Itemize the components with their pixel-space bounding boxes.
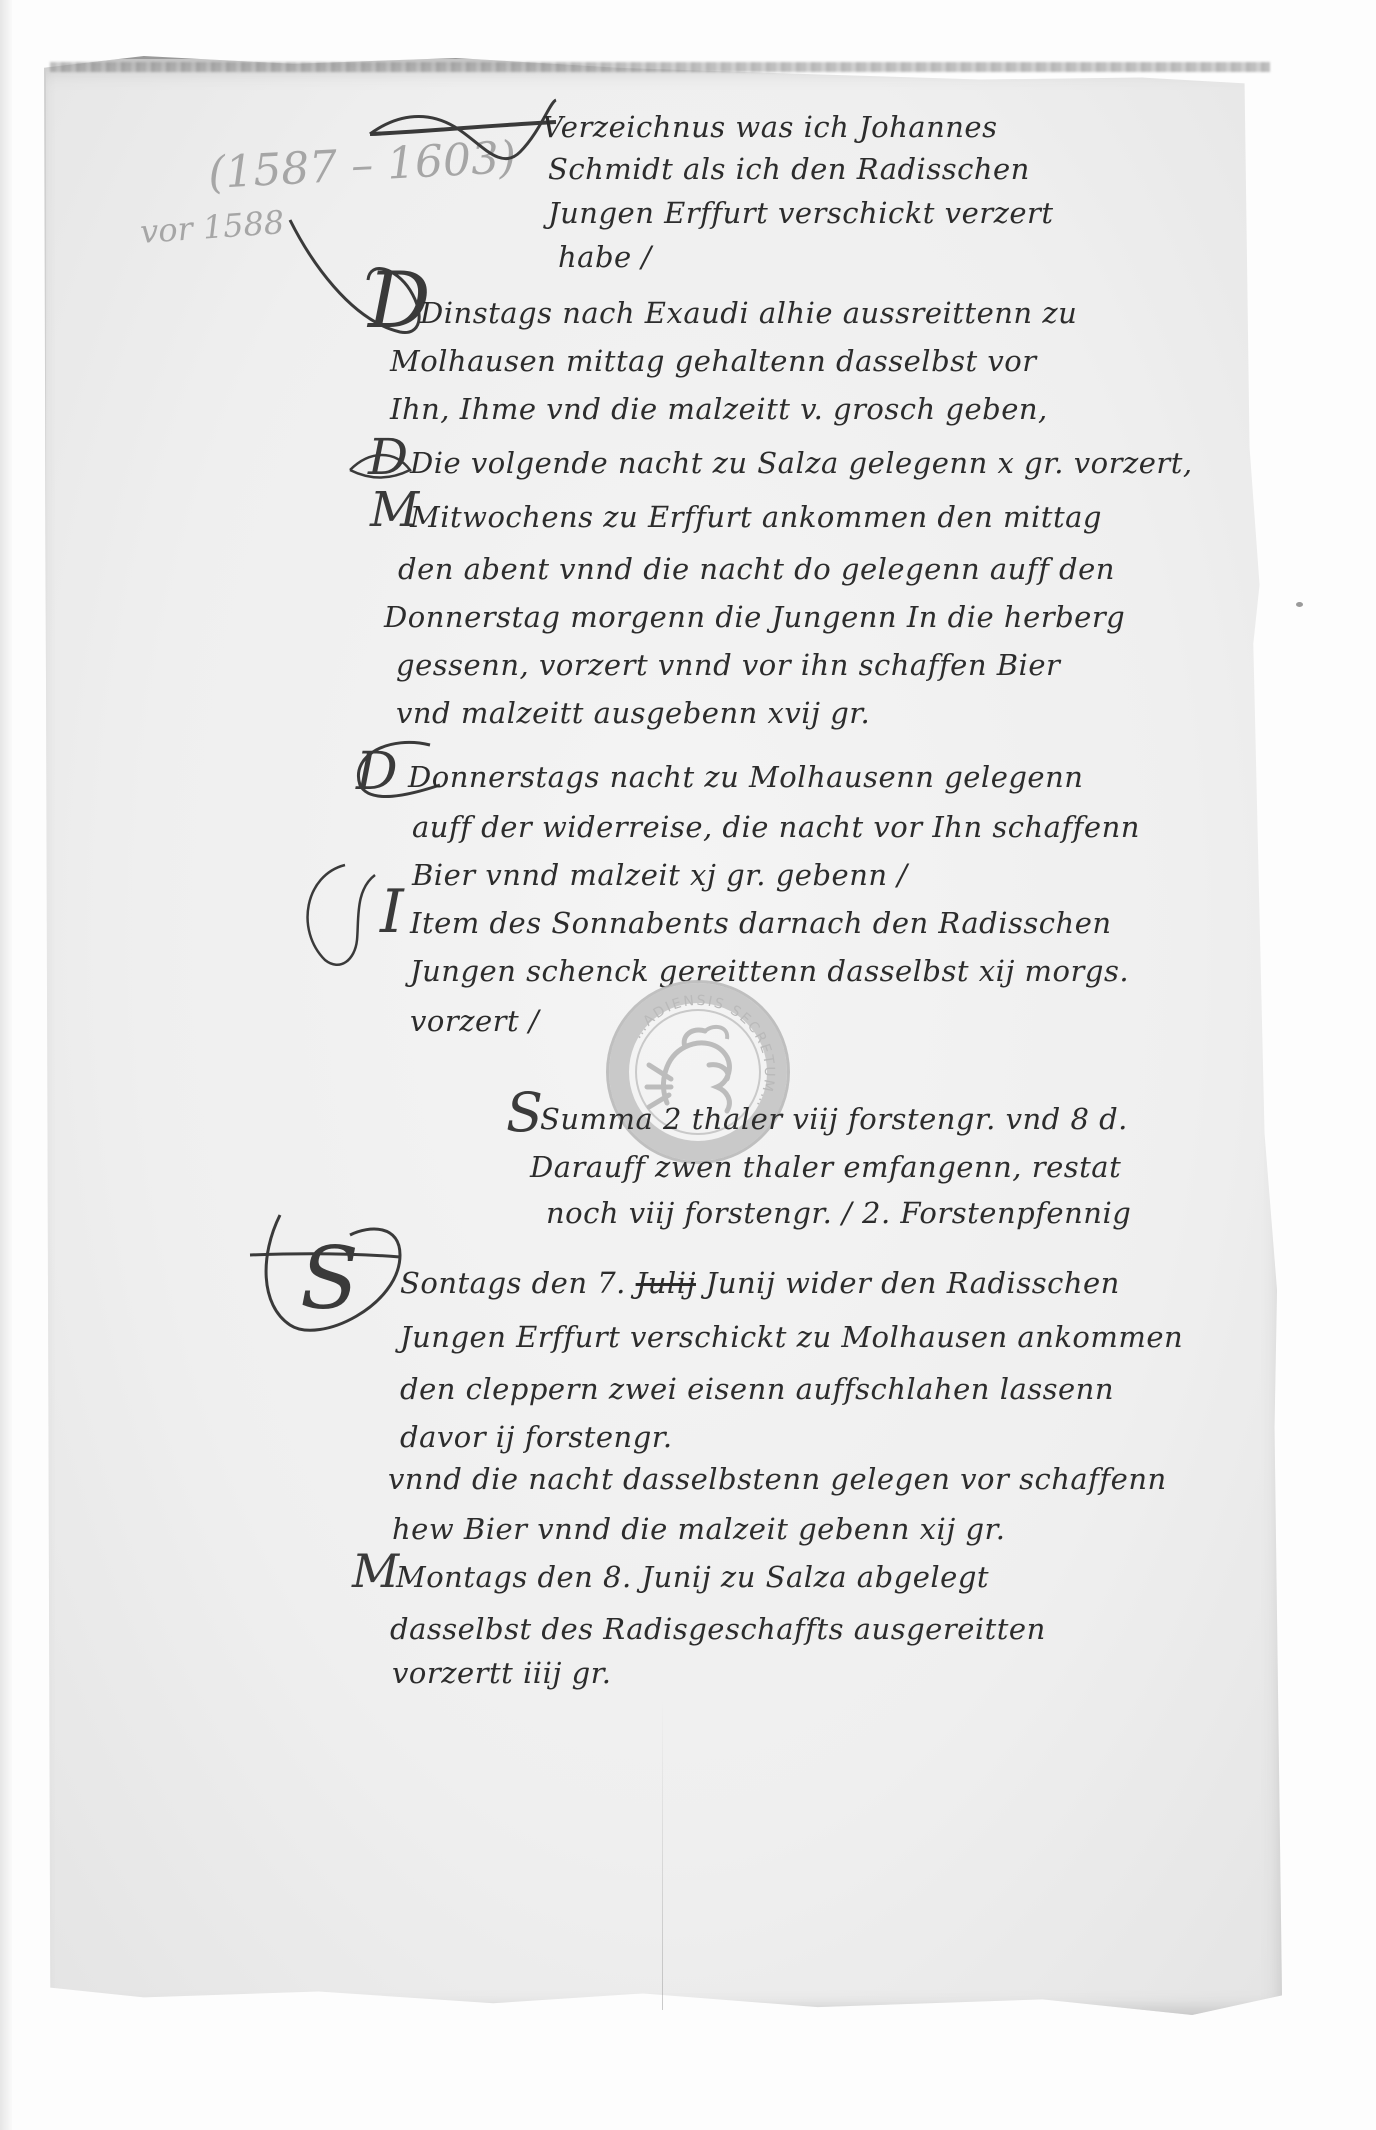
summary-line: Darauff zwen thaler emfangenn, restat: [530, 1150, 1121, 1184]
entry-line: Ihn, Ihme vnd die malzeitt v. grosch geb…: [390, 392, 1048, 426]
scan-canvas: (1587 – 1603) vor 1588 Verzeichnus was i…: [0, 0, 1376, 2130]
entry-line: gessenn, vorzert vnnd vor ihn schaffen B…: [396, 648, 1060, 682]
entry-line: Bier vnnd malzeit xj gr. gebenn /: [412, 858, 908, 892]
ink-speck: [1296, 602, 1303, 607]
entry-text: Junij wider den Radisschen: [696, 1266, 1120, 1300]
entry-line: vnnd die nacht dasselbstenn gelegen vor …: [388, 1462, 1167, 1496]
summary-line: noch viij forstengr. / 2. Forstenpfennig: [546, 1196, 1131, 1230]
entry-initial: S: [300, 1236, 359, 1322]
entry-line: Montags den 8. Junij zu Salza abgelegt: [396, 1560, 989, 1594]
entry-line: vnd malzeitt ausgebenn xvij gr.: [396, 696, 870, 730]
entry-line: dasselbst des Radisgeschaffts ausgereitt…: [390, 1612, 1046, 1646]
entry-initial: I: [380, 882, 404, 942]
entry-text: Sontags den 7.: [400, 1266, 636, 1300]
torn-top-edge: [50, 62, 1270, 72]
entry-initial: M: [352, 1548, 399, 1594]
entry-line: davor ij forstengr.: [400, 1420, 673, 1454]
paper-fold-line: [662, 1700, 663, 2010]
entry-line-with-strikethrough: Sontags den 7. Julij Junij wider den Rad…: [400, 1266, 1120, 1300]
summary-line: Summa 2 thaler viij forstengr. vnd 8 d.: [540, 1102, 1128, 1136]
entry-line: vorzertt iiij gr.: [392, 1656, 612, 1690]
heading-flourish-icon: [360, 92, 560, 172]
entry-line: Donnerstags nacht zu Molhausenn gelegenn: [408, 760, 1083, 794]
entry-line: Donnerstag morgenn die Jungenn In die he…: [384, 600, 1125, 634]
scanner-background-strip: [0, 0, 12, 2130]
entry-initial: D: [368, 432, 408, 482]
entry-line: Jungen Erffurt verschickt zu Molhausen a…: [400, 1320, 1183, 1354]
archive-seal-stamp: …ADIENSIS SECRETUM…: [606, 980, 790, 1164]
entry-line: Die volgende nacht zu Salza gelegenn x g…: [410, 446, 1193, 480]
entry-line: Mitwochens zu Erffurt ankommen den mitta…: [410, 500, 1102, 534]
entry-line: den abent vnnd die nacht do gelegenn auf…: [398, 552, 1115, 586]
entry-line: Item des Sonnabents darnach den Radissch…: [410, 906, 1112, 940]
heading-line-2: Schmidt als ich den Radisschen: [548, 152, 1030, 186]
entry-line: Molhausen mittag gehaltenn dasselbst vor: [390, 344, 1037, 378]
struck-word: Julij: [636, 1266, 696, 1300]
heading-line-1: Verzeichnus was ich Johannes: [542, 110, 997, 144]
entry-line: vorzert /: [410, 1004, 539, 1038]
summary-initial: S: [506, 1086, 543, 1140]
entry-line: Dinstags nach Exaudi alhie aussreittenn …: [420, 296, 1077, 330]
heading-line-4: habe /: [558, 240, 652, 274]
entry-line: hew Bier vnnd die malzeit gebenn xij gr.: [392, 1512, 1005, 1546]
entry-line: den cleppern zwei eisenn auffschlahen la…: [400, 1372, 1114, 1406]
entry-line: auff der widerreise, die nacht vor Ihn s…: [412, 810, 1140, 844]
entry-initial: D: [356, 746, 398, 798]
heading-line-3: Jungen Erffurt verschickt verzert: [548, 196, 1054, 230]
